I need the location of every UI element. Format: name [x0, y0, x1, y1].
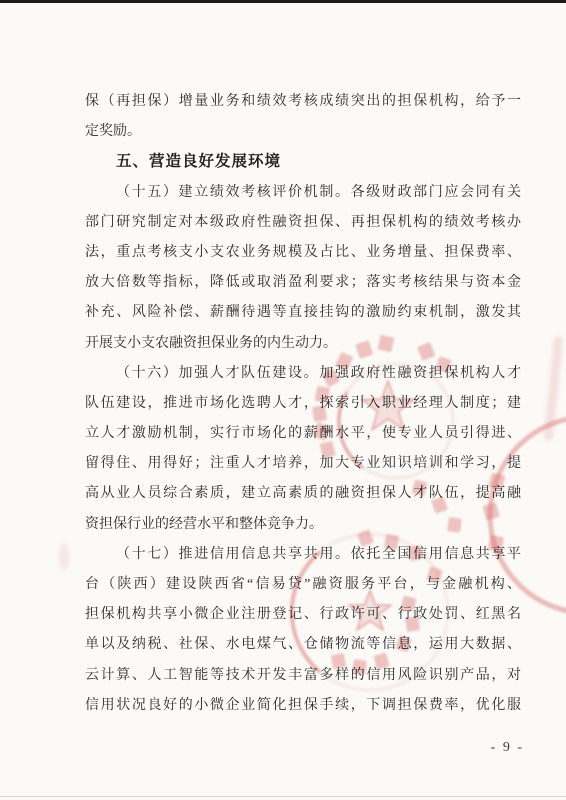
text-line: 高从业人员综合素质，建立高素质的融资担保人才队伍，提高融 [85, 479, 521, 509]
document-body: 保（再担保）增量业务和绩效考核成绩突出的担保机构，给予一定奖励。五、营造良好发展… [85, 87, 521, 721]
text-line: 部门研究制定对本级政府性融资担保、再担保机构的绩效考核办 [85, 208, 521, 238]
text-line: 资担保行业的经营水平和整体竞争力。 [85, 510, 521, 540]
text-line: 单以及纳税、社保、水电煤气、仓储物流等信息，运用大数据、 [85, 630, 521, 660]
text-line: 保（再担保）增量业务和绩效考核成绩突出的担保机构，给予一 [85, 87, 521, 117]
text-line: 台（陕西）建设陕西省“信易贷”融资服务平台，与金融机构、 [85, 570, 521, 600]
text-line: 放大倍数等指标，降低或取消盈利要求；落实考核结果与资本金 [85, 268, 521, 298]
text-line: 定奖励。 [85, 117, 521, 147]
text-line: 担保机构共享小微企业注册登记、行政许可、行政处罚、红黑名 [85, 600, 521, 630]
text-line: 云计算、人工智能等技术开发丰富多样的信用风险识别产品，对 [85, 661, 521, 691]
text-line: 队伍建设，推进市场化选聘人才，探索引入职业经理人制度；建 [85, 389, 521, 419]
text-line: 法，重点考核支小支农业务规模及占比、业务增量、担保费率、 [85, 238, 521, 268]
text-line: （十七）推进信用信息共享共用。依托全国信用信息共享平 [85, 540, 521, 570]
text-line: 立人才激励机制，实行市场化的薪酬水平，使专业人员引得进、 [85, 419, 521, 449]
section-heading: 五、营造良好发展环境 [85, 147, 521, 177]
text-line: 留得住、用得好；注重人才培养，加大专业知识培训和学习，提 [85, 449, 521, 479]
scan-edge-artifact-bottom [0, 796, 566, 797]
text-line: 开展支小支农融资担保业务的内生动力。 [85, 329, 521, 359]
text-line: 补充、风险补偿、薪酬待遇等直接挂钩的激励约束机制，激发其 [85, 298, 521, 328]
text-line: （十六）加强人才队伍建设。加强政府性融资担保机构人才 [85, 359, 521, 389]
page-number: - 9 - [491, 740, 524, 756]
text-line: （十五）建立绩效考核评价机制。各级财政部门应会同有关 [85, 178, 521, 208]
text-line: 信用状况良好的小微企业简化担保手续，下调担保费率，优化服 [85, 691, 521, 721]
scan-edge-artifact-top [0, 0, 566, 3]
document-page: 保（再担保）增量业务和绩效考核成绩突出的担保机构，给予一定奖励。五、营造良好发展… [0, 0, 566, 800]
